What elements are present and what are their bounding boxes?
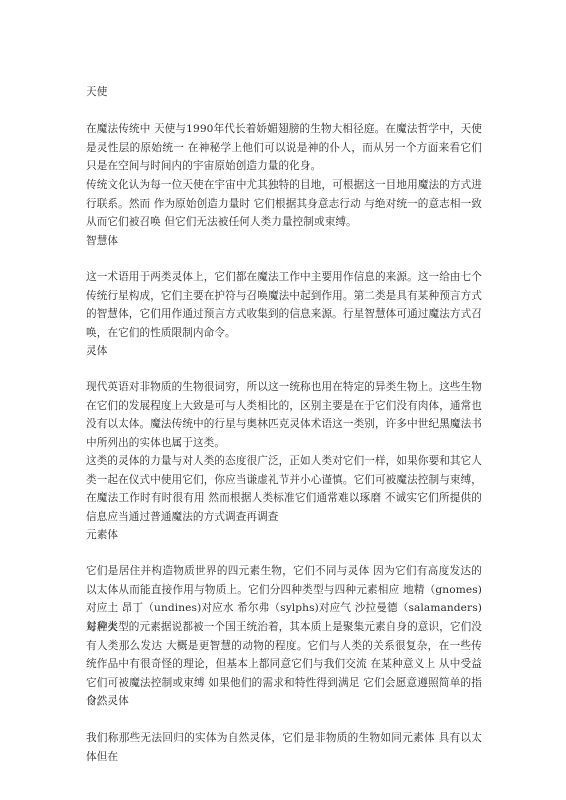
paragraph: 这类的灵体的力量与对人类的态度很广泛，正如人类对它们一样，如果你要和其它人类一起… <box>86 452 482 526</box>
heading-elementals: 元素体 <box>86 526 118 545</box>
heading-nature-spirits: 自然灵体 <box>86 692 129 711</box>
paragraph: 在魔法传统中 天使与1990年代长着娇媚翅膀的生物大相径庭。在魔法哲学中，天使是… <box>86 120 482 176</box>
paragraph: 这一术语用于两类灵体上，它们都在魔法工作中主要用作信息的来源。这一给由七个传统行… <box>86 268 482 342</box>
paragraph: 每种类型的元素据说都被一个国王统治着，其本质上是聚集元素自身的意识，它们没有人类… <box>86 618 482 711</box>
paragraph: 我们称那些无法回归的实体为自然灵体，它们是非物质的生物如同元素体 具有以太体但在 <box>86 729 482 766</box>
paragraph: 现代英语对非物质的生物很词穷，所以这一统称也用在特定的异类生物上。这些生物在它们… <box>86 378 482 452</box>
heading-angels: 天使 <box>86 83 107 102</box>
heading-intelligences: 智慧体 <box>86 232 118 251</box>
paragraph: 传统文化认为每一位天使在宇宙中尤其独特的目地，可根据这一目地用魔法的方式进行联系… <box>86 176 482 232</box>
heading-spirits: 灵体 <box>86 342 107 361</box>
